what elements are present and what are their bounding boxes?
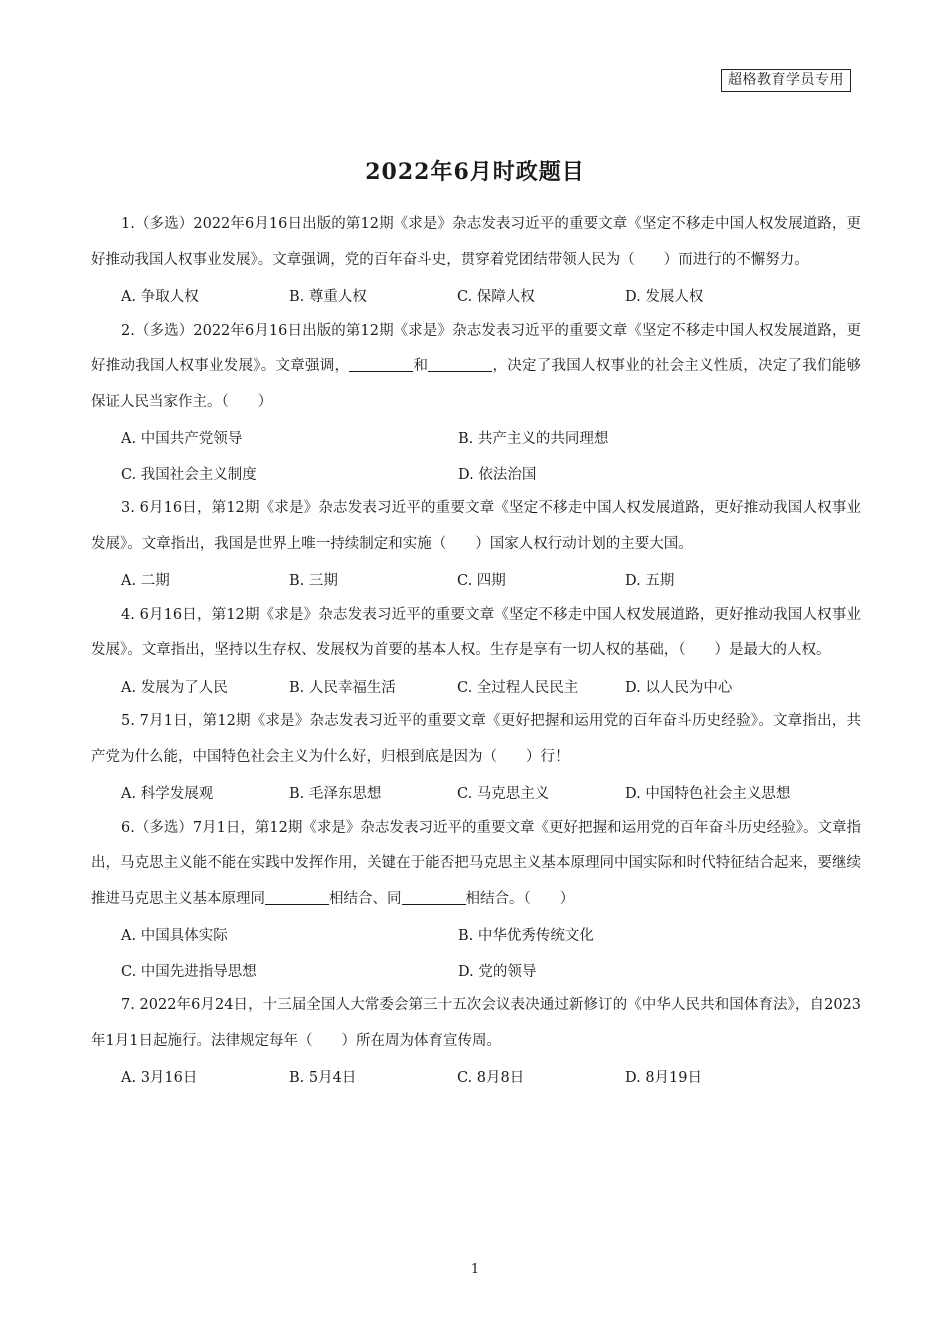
- option-d: D. 依法治国: [458, 463, 795, 484]
- question-text: 1.（多选）2022年6月16日出版的第12期《求是》杂志发表习近平的重要文章《…: [91, 207, 861, 278]
- options-row: C. 中国先进指导思想 D. 党的领导: [91, 953, 861, 989]
- question-2: 2.（多选）2022年6月16日出版的第12期《求是》杂志发表习近平的重要文章《…: [91, 314, 861, 492]
- options-row: A. 3月16日 B. 5月4日 C. 8月8日 D. 8月19日: [91, 1059, 861, 1095]
- question-list: 1.（多选）2022年6月16日出版的第12期《求是》杂志发表习近平的重要文章《…: [91, 207, 861, 1095]
- question-text-part: 相结合。（ ）: [466, 891, 575, 907]
- option-d: D. 党的领导: [458, 960, 795, 981]
- option-c: C. 8月8日: [457, 1066, 625, 1087]
- fill-blank: [428, 357, 492, 372]
- question-6: 6.（多选）7月1日，第12期《求是》杂志发表习近平的重要文章《更好把握和运用党…: [91, 811, 861, 989]
- page-title: 2022年6月时政题目: [0, 155, 950, 186]
- fill-blank: [402, 890, 466, 905]
- option-a: A. 科学发展观: [121, 782, 289, 803]
- question-5: 5. 7月1日，第12期《求是》杂志发表习近平的重要文章《更好把握和运用党的百年…: [91, 704, 861, 811]
- options-row: A. 二期 B. 三期 C. 四期 D. 五期: [91, 562, 861, 598]
- option-a: A. 3月16日: [121, 1066, 289, 1087]
- fill-blank: [349, 357, 413, 372]
- option-b: B. 尊重人权: [289, 285, 457, 306]
- question-text-part: 和: [413, 358, 428, 374]
- option-d: D. 发展人权: [625, 285, 793, 306]
- options-row: A. 争取人权 B. 尊重人权 C. 保障人权 D. 发展人权: [91, 278, 861, 314]
- options-row: A. 中国共产党领导 B. 共产主义的共同理想: [91, 420, 861, 456]
- option-d: D. 五期: [625, 569, 793, 590]
- option-a: A. 中国共产党领导: [121, 427, 458, 448]
- option-c: C. 四期: [457, 569, 625, 590]
- question-text-part: 相结合、同: [329, 891, 402, 907]
- option-c: C. 马克思主义: [457, 782, 625, 803]
- option-d: D. 中国特色社会主义思想: [625, 782, 793, 803]
- option-c: C. 我国社会主义制度: [121, 463, 458, 484]
- question-text: 2.（多选）2022年6月16日出版的第12期《求是》杂志发表习近平的重要文章《…: [91, 314, 861, 421]
- options-row: A. 科学发展观 B. 毛泽东思想 C. 马克思主义 D. 中国特色社会主义思想: [91, 775, 861, 811]
- option-b: B. 5月4日: [289, 1066, 457, 1087]
- option-a: A. 中国具体实际: [121, 924, 458, 945]
- page-number: 1: [0, 1262, 950, 1277]
- usage-badge: 超格教育学员专用: [721, 69, 851, 92]
- option-d: D. 8月19日: [625, 1066, 793, 1087]
- option-b: B. 毛泽东思想: [289, 782, 457, 803]
- question-text: 3. 6月16日，第12期《求是》杂志发表习近平的重要文章《坚定不移走中国人权发…: [91, 491, 861, 562]
- option-a: A. 发展为了人民: [121, 676, 289, 697]
- question-text: 6.（多选）7月1日，第12期《求是》杂志发表习近平的重要文章《更好把握和运用党…: [91, 811, 861, 918]
- option-b: B. 三期: [289, 569, 457, 590]
- question-text: 5. 7月1日，第12期《求是》杂志发表习近平的重要文章《更好把握和运用党的百年…: [91, 704, 861, 775]
- option-a: A. 争取人权: [121, 285, 289, 306]
- question-text: 7. 2022年6月24日，十三届全国人大常委会第三十五次会议表决通过新修订的《…: [91, 988, 861, 1059]
- options-row: C. 我国社会主义制度 D. 依法治国: [91, 456, 861, 492]
- option-b: B. 中华优秀传统文化: [458, 924, 795, 945]
- question-1: 1.（多选）2022年6月16日出版的第12期《求是》杂志发表习近平的重要文章《…: [91, 207, 861, 314]
- fill-blank: [265, 890, 329, 905]
- option-c: C. 中国先进指导思想: [121, 960, 458, 981]
- question-text: 4. 6月16日，第12期《求是》杂志发表习近平的重要文章《坚定不移走中国人权发…: [91, 598, 861, 669]
- option-d: D. 以人民为中心: [625, 676, 793, 697]
- option-a: A. 二期: [121, 569, 289, 590]
- question-3: 3. 6月16日，第12期《求是》杂志发表习近平的重要文章《坚定不移走中国人权发…: [91, 491, 861, 598]
- options-row: A. 发展为了人民 B. 人民幸福生活 C. 全过程人民民主 D. 以人民为中心: [91, 669, 861, 705]
- option-b: B. 人民幸福生活: [289, 676, 457, 697]
- option-c: C. 全过程人民民主: [457, 676, 625, 697]
- option-b: B. 共产主义的共同理想: [458, 427, 795, 448]
- question-4: 4. 6月16日，第12期《求是》杂志发表习近平的重要文章《坚定不移走中国人权发…: [91, 598, 861, 705]
- question-7: 7. 2022年6月24日，十三届全国人大常委会第三十五次会议表决通过新修订的《…: [91, 988, 861, 1095]
- options-row: A. 中国具体实际 B. 中华优秀传统文化: [91, 917, 861, 953]
- option-c: C. 保障人权: [457, 285, 625, 306]
